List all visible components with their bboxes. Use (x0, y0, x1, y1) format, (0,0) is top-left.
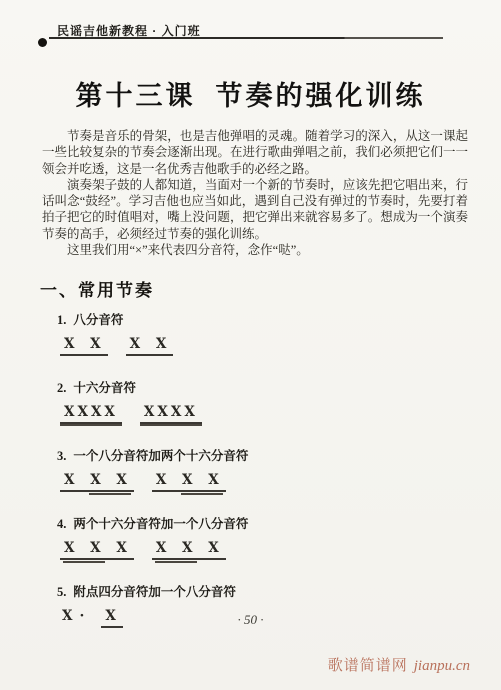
rhythm-notation: XXXXXXXX (60, 404, 457, 429)
rhythm-item-3: 3.一个八分音符加两个十六分音符 X X XX X X (57, 448, 457, 497)
watermark-site-name: 歌谱简谱网 (328, 658, 408, 674)
header-bullet-icon (38, 38, 47, 47)
rhythm-label: 1.八分音符 (57, 312, 457, 329)
section-heading: 一、常用节奏 (40, 276, 154, 301)
book-page: 民谣吉他新教程 · 入门班 第十三课节奏的强化训练 节奏是音乐的骨架，也是吉他弹… (0, 0, 501, 690)
note-group: X X X (60, 540, 134, 560)
lesson-title: 第十三课节奏的强化训练 (0, 74, 501, 113)
rhythm-notation: X XX X (60, 336, 457, 361)
lesson-name: 节奏的强化训练 (216, 81, 426, 111)
sixteenth-pair: X X (64, 540, 104, 556)
rhythm-item-4: 4.两个十六分音符加一个八分音符 X X XX X X (57, 516, 457, 565)
note-group: XXXX (140, 404, 202, 424)
intro-paragraph-3: 这里我们用“×”来代表四分音符，念作“哒”。 (42, 242, 468, 258)
note-x: X (116, 540, 129, 556)
rhythm-item-2: 2.十六分音符 XXXXXXXX (57, 380, 457, 429)
lesson-number: 第十三课 (76, 81, 196, 111)
rhythm-label: 4.两个十六分音符加一个八分音符 (57, 516, 457, 533)
note-x: X (208, 540, 221, 556)
rhythm-label: 2.十六分音符 (57, 380, 457, 397)
rhythm-number: 4. (57, 517, 66, 531)
note-group: X X (126, 336, 174, 356)
rhythm-label: 3.一个八分音符加两个十六分音符 (57, 448, 457, 465)
page-number: · 50 · (0, 612, 501, 628)
sixteenth-pair: X X (90, 472, 130, 488)
rhythm-number: 2. (57, 381, 66, 395)
intro-paragraph-2: 演奏架子鼓的人都知道，当面对一个新的节奏时，应该先把它唱出来，行话叫念“鼓经”。… (42, 177, 468, 242)
note-x: X (64, 472, 77, 488)
note-group: X X X (152, 540, 226, 560)
note-group: X X (60, 336, 108, 356)
rhythm-notation: X X XX X X (60, 472, 457, 497)
rhythm-notation: X X XX X X (60, 540, 457, 565)
rhythm-number: 5. (57, 585, 66, 599)
watermark: 歌谱简谱网jianpu.cn (0, 654, 470, 675)
note-group: XXXX (60, 404, 122, 424)
series-title: 民谣吉他新教程 · 入门班 (57, 22, 201, 39)
rhythm-list: 1.八分音符 X XX X 2.十六分音符 XXXXXXXX 3.一个八分音符加… (57, 312, 457, 652)
note-group: X X X (152, 472, 226, 492)
intro-paragraph-1: 节奏是音乐的骨架，也是吉他弹唱的灵魂。随着学习的深入，从这一课起一些比较复杂的节… (42, 128, 468, 177)
rhythm-number: 3. (57, 449, 66, 463)
watermark-site-url: jianpu.cn (414, 658, 470, 674)
note-group: X X X (60, 472, 134, 492)
rhythm-item-1: 1.八分音符 X XX X (57, 312, 457, 361)
rhythm-number: 1. (57, 313, 66, 327)
rhythm-label: 5.附点四分音符加一个八分音符 (57, 584, 457, 601)
intro-text: 节奏是音乐的骨架，也是吉他弹唱的灵魂。随着学习的深入，从这一课起一些比较复杂的节… (42, 128, 468, 258)
note-x: X (156, 472, 169, 488)
sixteenth-pair: X X (182, 472, 222, 488)
sixteenth-pair: X X (156, 540, 196, 556)
